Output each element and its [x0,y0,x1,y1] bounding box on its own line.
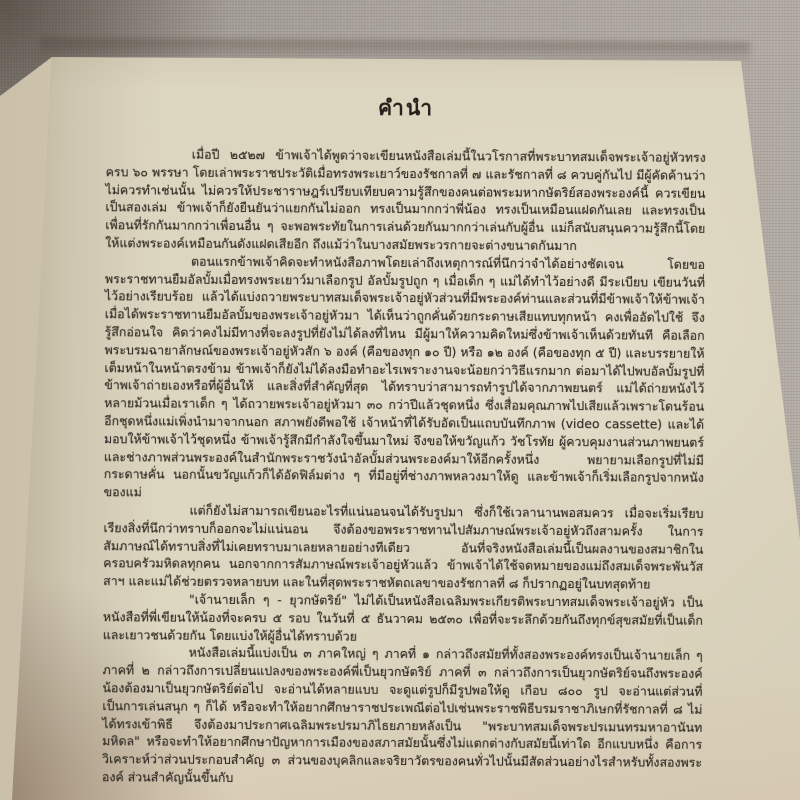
preface-title: คำนำ [106,90,706,127]
preface-paragraph: หนังสือเล่มนี้แบ่งเป็น ๓ ภาคใหญ่ ๆ ภาคที… [102,643,703,789]
preface-paragraph: ตอนแรกข้าพเจ้าคิดจะทำหนังสือภาพโดยเล่าถึ… [104,252,706,505]
book-photo: คำนำ เมื่อปี ๒๕๒๗ ข้าพเจ้าได้พูดว่าจะเขี… [0,0,800,800]
preface-paragraph: "เจ้านายเล็ก ๆ - ยุวกษัตริย์" ไม่ได้เป็น… [103,590,703,647]
preface-text-block: คำนำ เมื่อปี ๒๕๒๗ ข้าพเจ้าได้พูดว่าจะเขี… [102,90,706,789]
book-page: คำนำ เมื่อปี ๒๕๒๗ ข้าพเจ้าได้พูดว่าจะเขี… [0,0,800,800]
preface-paragraph: เมื่อปี ๒๕๒๗ ข้าพเจ้าได้พูดว่าจะเขียนหนั… [105,145,706,255]
preface-paragraph: แต่ก็ยังไม่สามารถเขียนอะไรที่แน่นอนจนได้… [103,501,704,594]
